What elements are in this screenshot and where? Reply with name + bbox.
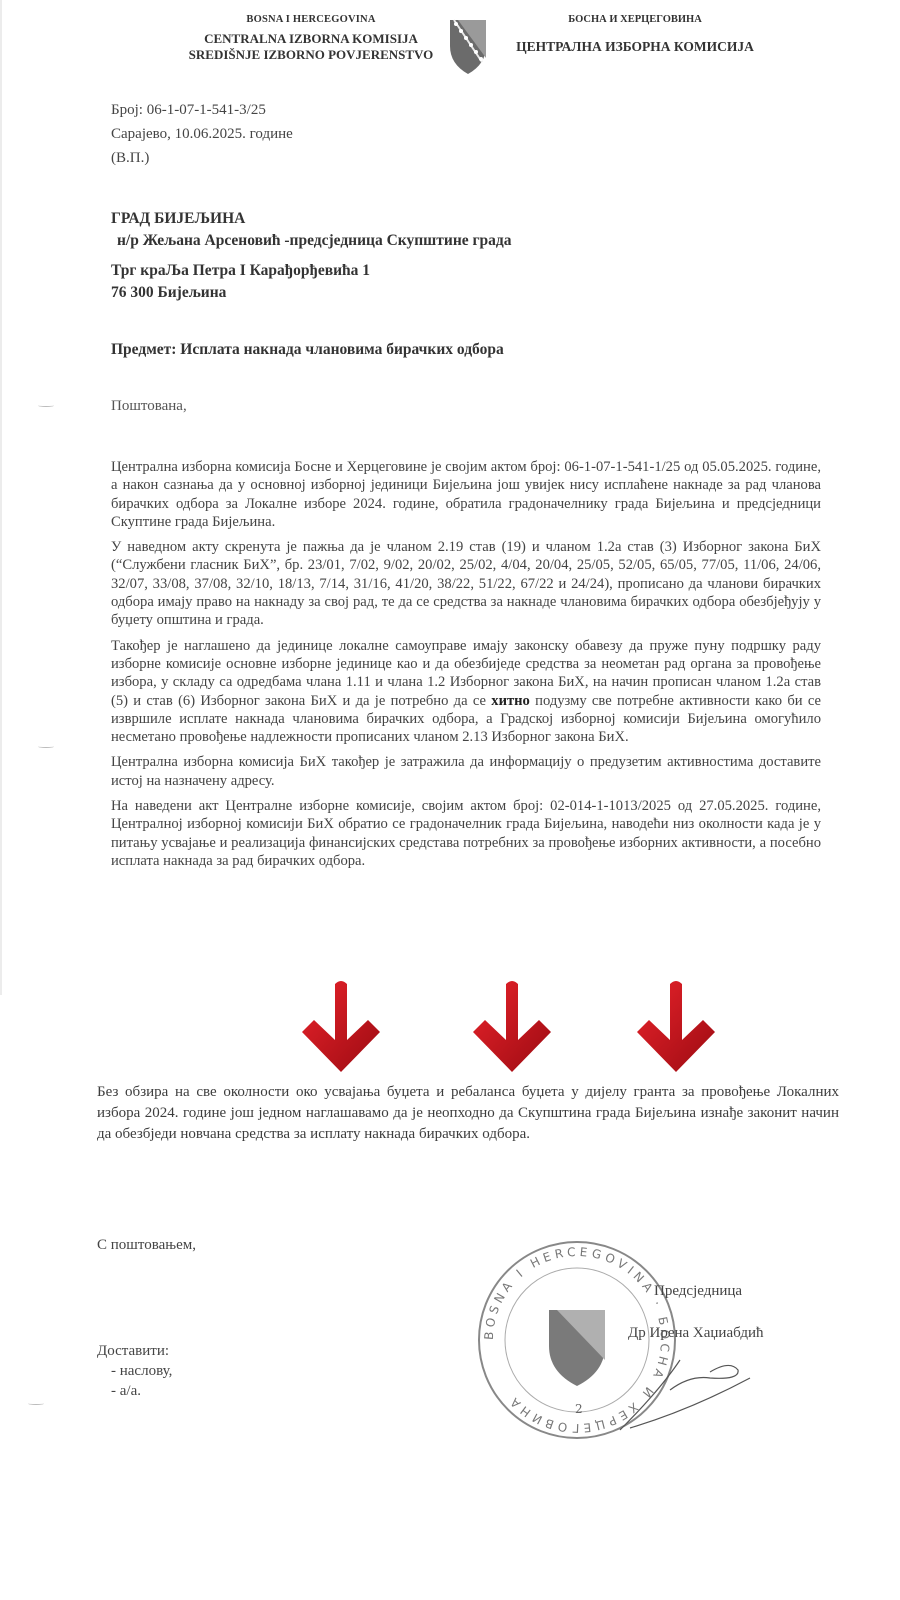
scan-margin-mark [28, 1402, 44, 1405]
recipient-city: 76 300 Бијељина [111, 282, 512, 304]
letter-body: Централна изборна комисија Босне и Херце… [111, 458, 821, 877]
stamp-number: 2 [575, 1402, 583, 1416]
body-paragraph: Централна изборна комисија БиХ такођер ј… [111, 753, 821, 790]
scan-margin-mark [38, 745, 54, 748]
letterhead-commission-latin: CENTRALNA IZBORNA KOMISIJA [175, 31, 447, 47]
urgent-emphasis: хитно [491, 693, 530, 709]
conclusion-paragraph: Без обзира на све околности око усвајања… [97, 1082, 839, 1145]
recipient-attention: н/р Жељана Арсеновић -предсједница Скупш… [111, 230, 512, 252]
author-initials: (В.П.) [111, 146, 293, 170]
recipient-street: Трг краЉа Петра I Карађорђевића 1 [111, 260, 512, 282]
letterhead-commission-cyrillic: ЦЕНТРАЛНА ИЗБОРНА КОМИСИЈА [500, 39, 770, 55]
reference-number: Број: 06-1-07-1-541-3/25 [111, 98, 293, 122]
closing-phrase: С поштовањем, [97, 1237, 196, 1254]
scan-margin-mark [38, 404, 54, 407]
red-down-arrow-icon [631, 978, 721, 1078]
letterhead-country-cyrillic: БОСНА И ХЕРЦЕГОВИНА [500, 14, 770, 25]
body-paragraph: У наведном акту скренута је пажња да је … [111, 538, 821, 629]
handwritten-signature [600, 1330, 760, 1440]
letterhead-cyrillic: БОСНА И ХЕРЦЕГОВИНА ЦЕНТРАЛНА ИЗБОРНА КО… [500, 14, 770, 55]
letterhead-commission-croatian: SREDIŠNJE IZBORNO POVJERENSTVO [175, 47, 447, 63]
delivery-label: Доставити: [97, 1341, 172, 1361]
salutation: Поштована, [111, 398, 187, 415]
delivery-list: Доставити: - наслову, - а/а. [97, 1341, 172, 1401]
delivery-item: - а/а. [97, 1381, 172, 1401]
place-date: Сарајево, 10.06.2025. године [111, 122, 293, 146]
document-meta: Број: 06-1-07-1-541-3/25 Сарајево, 10.06… [111, 98, 293, 170]
recipient-name: ГРАД БИЈЕЉИНА [111, 208, 512, 230]
letterhead-latin: BOSNA I HERCEGOVINA CENTRALNA IZBORNA KO… [175, 14, 447, 63]
bih-coat-of-arms-icon [444, 16, 492, 76]
signatory-role: Предсједница [654, 1283, 742, 1300]
body-paragraph: Централна изборна комисија Босне и Херце… [111, 458, 821, 531]
recipient-address: ГРАД БИЈЕЉИНА н/р Жељана Арсеновић -пред… [111, 208, 512, 304]
red-down-arrow-icon [467, 978, 557, 1078]
body-paragraph-urgent: Такођер је наглашено да јединице локалне… [111, 637, 821, 747]
letterhead-country-latin: BOSNA I HERCEGOVINA [175, 14, 447, 25]
subject-line: Предмет: Исплата накнада члановима бирач… [111, 341, 504, 359]
red-down-arrow-icon [296, 978, 386, 1078]
delivery-item: - наслову, [97, 1361, 172, 1381]
body-paragraph: На наведени акт Централне изборне комиси… [111, 797, 821, 870]
